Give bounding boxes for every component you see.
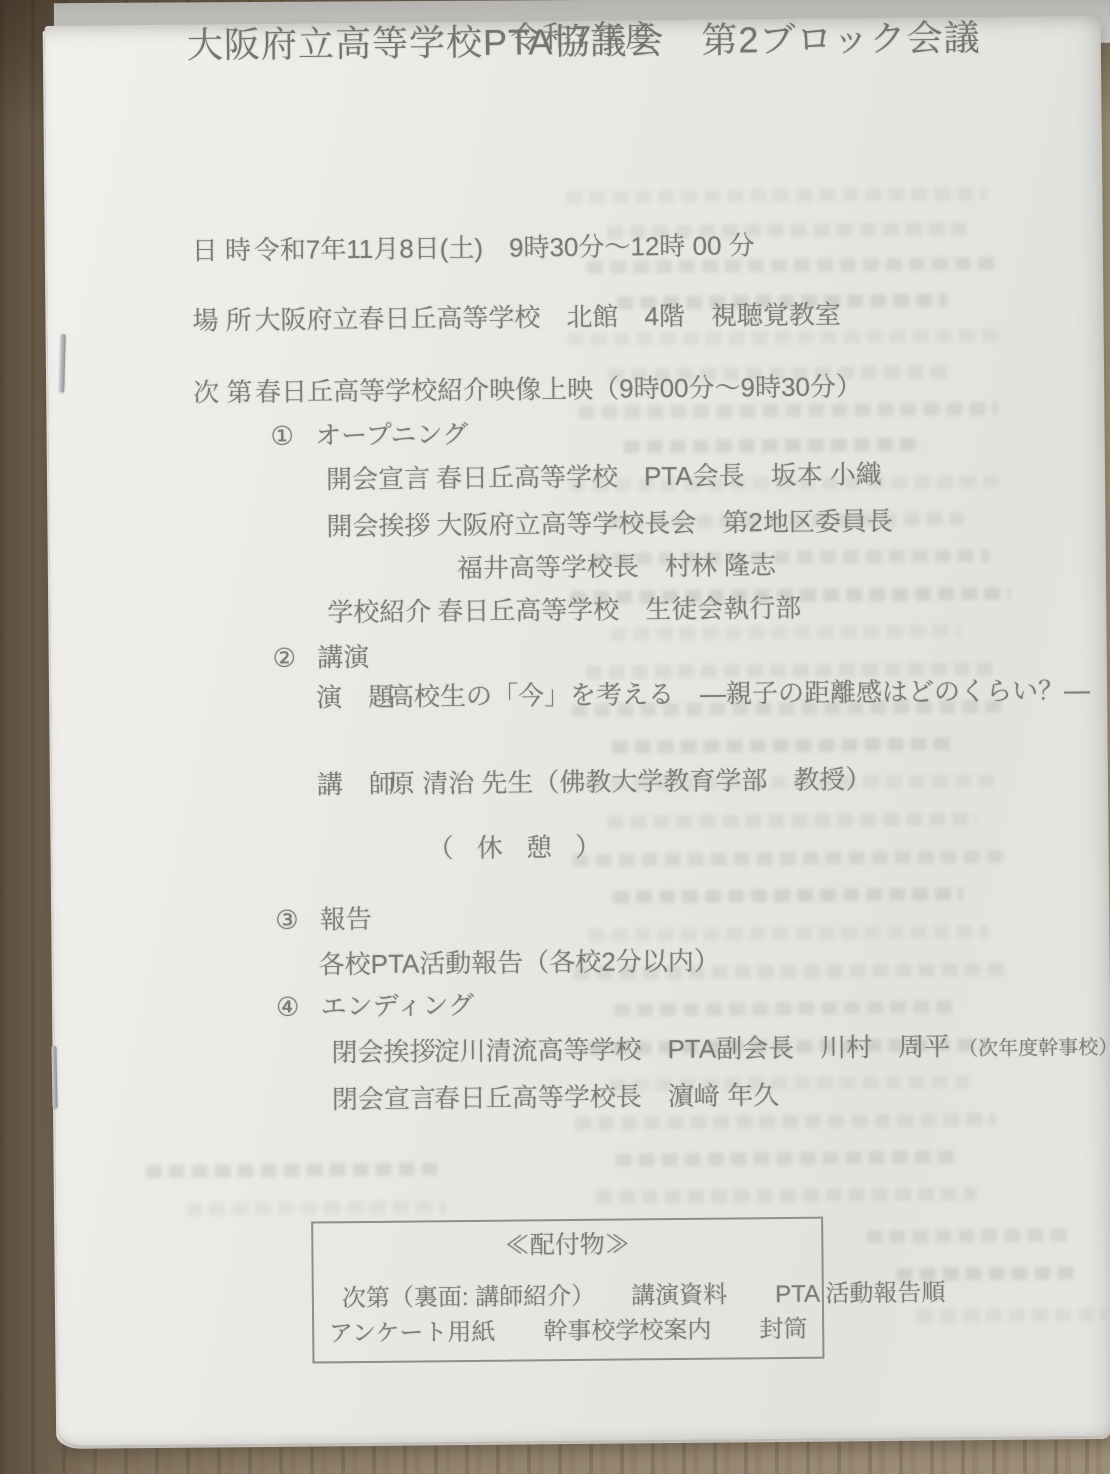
lecture-speaker-value: 原 清治 先生（佛教大学教育学部 教授） (389, 765, 872, 800)
closing-greet-note: （次年度幹事校） (958, 1037, 1110, 1061)
show-through-line (917, 1308, 1107, 1323)
show-through-line (612, 737, 952, 753)
break-line: （ 休 憩 ） (427, 833, 609, 865)
school-intro-value: 春日丘高等学校 生徒会執行部 (437, 594, 801, 627)
show-through-line (624, 438, 924, 454)
closing-greet-row: 淀川清流高等学校 PTA副会長 川村 周平（次年度幹事校） (433, 1031, 1110, 1067)
section-3-heading: ③ 報告 (275, 905, 372, 936)
opening-declare-label: 開会宣言 (326, 464, 430, 495)
handouts-box: ≪配付物≫ 次第（裏面: 講師紹介） 講演資料 PTA 活動報告順 アンケート用… (311, 1217, 824, 1364)
section-3-title: 報告 (320, 905, 372, 935)
section-3-number: ③ (275, 906, 299, 936)
show-through-line (146, 1162, 446, 1178)
closing-declare-value: 春日丘高等学校長 濵﨑 年久 (434, 1081, 780, 1114)
show-through-line (866, 1228, 1066, 1243)
datetime-label: 日 時 (192, 236, 252, 266)
opening-declare-value: 春日丘高等学校 PTA会長 坂本 小織 (436, 460, 882, 494)
show-through-line (615, 1150, 955, 1166)
place-label: 場 所 (192, 306, 252, 336)
section-4-title: エンディング (320, 991, 474, 1022)
datetime-value: 令和7年11月8日(土) 9時30分～12時 00 分 (254, 231, 755, 266)
report-item: 各校PTA活動報告（各校2分以内） (319, 947, 720, 981)
section-1-title: オープニング (315, 420, 468, 451)
section-4-number: ④ (276, 993, 300, 1023)
section-1-heading: ① オープニング (270, 420, 468, 452)
handouts-title: ≪配付物≫ (313, 1229, 821, 1263)
closing-greet-label: 閉会挨拶 (331, 1037, 435, 1068)
doc-title: 大阪府立高等学校PTA協議会 第2ブロック会議 (45, 16, 1101, 68)
show-through-line (613, 887, 963, 903)
photo-of-printed-agenda: { "document": { "fiscal_year": "令和7年度", … (0, 0, 1110, 1474)
opening-greet-value: 大阪府立高等学校長会 第2地区委員長 (436, 507, 893, 541)
show-through-line (596, 1187, 976, 1204)
show-through-line (607, 812, 977, 829)
opening-greet-label: 開会挨拶 (326, 511, 430, 542)
handouts-line1: 次第（裏面: 講師紹介） 講演資料 PTA 活動報告順 (342, 1279, 946, 1312)
paper-sheet: 令和7年度 大阪府立高等学校PTA協議会 第2ブロック会議 日 時 令和7年11… (45, 16, 1110, 1446)
school-intro-label: 学校紹介 (327, 597, 431, 628)
show-through-line (610, 624, 960, 640)
show-through-line (588, 925, 988, 942)
place-value: 大阪府立春日丘高等学校 北館 4階 視聴覚教室 (254, 300, 841, 336)
show-through-line (573, 850, 1003, 867)
lecture-speaker-label: 講 師 (317, 770, 395, 801)
show-through-line (614, 1000, 954, 1016)
show-through-line (578, 402, 998, 419)
show-through-line (575, 1113, 995, 1130)
lecture-theme-label: 演 題 (316, 683, 394, 714)
staple-bottom (51, 1046, 57, 1108)
section-4-heading: ④ エンディング (276, 991, 474, 1023)
closing-declare-label: 閉会宣言 (332, 1084, 436, 1115)
section-2-title: 講演 (317, 643, 369, 673)
handouts-line2: アンケート用紙 幹事校学校案内 封筒 (314, 1316, 822, 1348)
section-1-number: ① (270, 422, 294, 452)
section-2-heading: ② 講演 (273, 643, 370, 674)
program-label: 次 第 (193, 378, 253, 408)
opening-greet-value2: 福井高等学校長 村林 隆志 (457, 551, 777, 584)
show-through-line (566, 187, 986, 204)
show-through-line (186, 1200, 446, 1215)
program-value: 春日丘高等学校紹介映像上映（9時00分～9時30分） (255, 372, 862, 408)
section-2-number: ② (273, 644, 297, 674)
closing-greet-value: 淀川清流高等学校 PTA副会長 川村 周平 (433, 1031, 950, 1066)
